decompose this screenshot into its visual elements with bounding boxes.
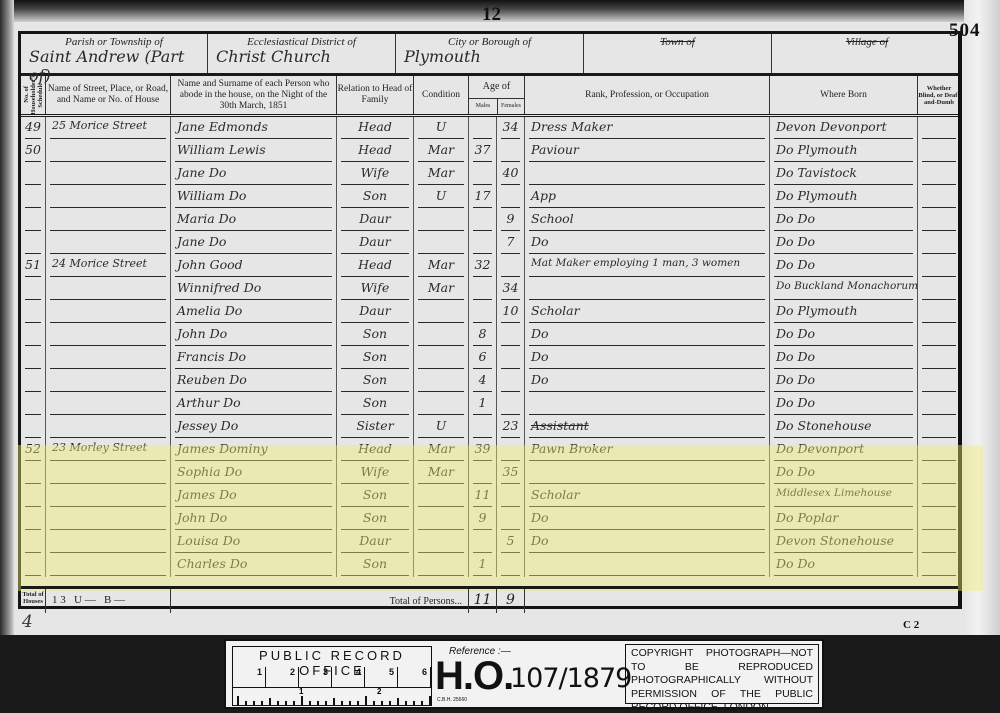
blind-deaf bbox=[918, 209, 960, 232]
age-male: 4 bbox=[469, 370, 497, 393]
age-female bbox=[497, 186, 525, 209]
ruler-tick bbox=[381, 701, 383, 706]
persons-label: Total of Persons... bbox=[171, 589, 469, 613]
relation-to-head: Head bbox=[337, 117, 414, 140]
birthplace: Do Do bbox=[770, 462, 918, 485]
ruler-tick bbox=[301, 696, 303, 706]
col-blind: Whether Blind, or Deaf-and-Dumb bbox=[918, 76, 960, 114]
birthplace: Do Plymouth bbox=[770, 301, 918, 324]
ruler-tick bbox=[413, 701, 415, 706]
col-blind-label: Whether Blind, or Deaf-and-Dumb bbox=[918, 85, 960, 106]
street-address: 23 Morley Street bbox=[46, 439, 171, 462]
ruler-tick bbox=[341, 701, 343, 706]
ruler-tick bbox=[237, 696, 239, 706]
street-address bbox=[46, 531, 171, 554]
blind-deaf bbox=[918, 416, 960, 439]
marital-condition: Mar bbox=[414, 462, 469, 485]
table-row: Sophia DoWifeMar35Do Do bbox=[21, 462, 958, 485]
table-row: William DoSonU17AppDo Plymouth bbox=[21, 186, 958, 209]
age-male: 1 bbox=[469, 554, 497, 577]
person-name: Amelia Do bbox=[171, 301, 337, 324]
street-address bbox=[46, 416, 171, 439]
table-row: John DoSon8DoDo Do bbox=[21, 324, 958, 347]
ruler-tick bbox=[373, 701, 375, 706]
street-address bbox=[46, 301, 171, 324]
borough-value: Plymouth bbox=[396, 47, 583, 66]
col-name: Name and Surname of each Person who abod… bbox=[171, 76, 337, 114]
col-age: Age of Males Females bbox=[469, 76, 525, 114]
occupation: Do bbox=[525, 324, 770, 347]
birthplace: Do Do bbox=[770, 232, 918, 255]
person-name: William Lewis bbox=[171, 140, 337, 163]
street-address bbox=[46, 324, 171, 347]
person-name: John Do bbox=[171, 508, 337, 531]
cm-mark: 2 bbox=[266, 667, 299, 687]
person-name: Jane Do bbox=[171, 163, 337, 186]
relation-to-head: Wife bbox=[337, 163, 414, 186]
table-row: 4925 Morice StreetJane EdmondsHeadU34Dre… bbox=[21, 117, 958, 140]
age-female: 23 bbox=[497, 416, 525, 439]
age-male bbox=[469, 232, 497, 255]
blind-deaf bbox=[918, 531, 960, 554]
ecclesiastical-value: Christ Church bbox=[208, 47, 395, 66]
age-male bbox=[469, 531, 497, 554]
occupation: Pawn Broker bbox=[525, 439, 770, 462]
relation-to-head: Son bbox=[337, 186, 414, 209]
table-row: Jessey DoSisterU23AssistantDo Stonehouse bbox=[21, 416, 958, 439]
table-row: Francis DoSon6DoDo Do bbox=[21, 347, 958, 370]
col-born-label: Where Born bbox=[820, 90, 867, 101]
reference-piece: 107/1879 bbox=[510, 663, 631, 694]
occupation: Dress Maker bbox=[525, 117, 770, 140]
age-male bbox=[469, 462, 497, 485]
copyright-notice: COPYRIGHT PHOTOGRAPH—NOT TO BE REPRODUCE… bbox=[625, 644, 819, 704]
col-street-label: Name of Street, Place, or Road, and Name… bbox=[46, 84, 170, 106]
table-row: John DoSon9DoDo Poplar bbox=[21, 508, 958, 531]
ruler-tick bbox=[349, 701, 351, 706]
age-female bbox=[497, 393, 525, 416]
age-male: 37 bbox=[469, 140, 497, 163]
table-row: Reuben DoSon4DoDo Do bbox=[21, 370, 958, 393]
ruler-tick bbox=[317, 701, 319, 706]
schedule-number bbox=[21, 370, 46, 393]
birthplace: Do Do bbox=[770, 324, 918, 347]
marital-condition bbox=[414, 485, 469, 508]
u-value: — bbox=[85, 594, 96, 606]
person-name: Francis Do bbox=[171, 347, 337, 370]
person-name: Jane Do bbox=[171, 232, 337, 255]
ruler-tick bbox=[405, 701, 407, 706]
birthplace: Devon Devonport bbox=[770, 117, 918, 140]
schedule-number bbox=[21, 324, 46, 347]
age-male: 39 bbox=[469, 439, 497, 462]
blind-deaf bbox=[918, 485, 960, 508]
birthplace: Do Do bbox=[770, 554, 918, 577]
schedule-number bbox=[21, 209, 46, 232]
birthplace: Do Plymouth bbox=[770, 140, 918, 163]
relation-to-head: Wife bbox=[337, 462, 414, 485]
blind-deaf bbox=[918, 117, 960, 140]
schedule-number bbox=[21, 462, 46, 485]
occupation: Scholar bbox=[525, 301, 770, 324]
town-cell: Town of bbox=[584, 34, 772, 73]
ruler-tick bbox=[245, 701, 247, 706]
relation-to-head: Son bbox=[337, 554, 414, 577]
cm-mark: 1 bbox=[233, 667, 266, 687]
birthplace: Do Do bbox=[770, 255, 918, 278]
schedule-number bbox=[21, 554, 46, 577]
borough-cell: City or Borough of Plymouth bbox=[396, 34, 584, 73]
houses-label: Total of Houses bbox=[21, 589, 46, 613]
inch-mark: 2 bbox=[377, 687, 381, 696]
age-male bbox=[469, 301, 497, 324]
birthplace: Do Do bbox=[770, 370, 918, 393]
schedule-number bbox=[21, 278, 46, 301]
blind-deaf bbox=[918, 324, 960, 347]
birthplace: Do Do bbox=[770, 209, 918, 232]
marital-condition bbox=[414, 554, 469, 577]
table-row: Jane DoDaur7DoDo Do bbox=[21, 232, 958, 255]
ecclesiastical-cell: Ecclesiastical District of Christ Church bbox=[208, 34, 396, 73]
ruler-tick bbox=[285, 701, 287, 706]
birthplace: Do Buckland Monachorum bbox=[770, 278, 918, 301]
street-address bbox=[46, 347, 171, 370]
blind-deaf bbox=[918, 462, 960, 485]
col-condition: Condition bbox=[414, 76, 469, 114]
col-relation-label: Relation to Head of Family bbox=[337, 84, 413, 106]
person-name: Louisa Do bbox=[171, 531, 337, 554]
street-address bbox=[46, 393, 171, 416]
bottom-left-note: 4 bbox=[22, 612, 33, 632]
col-occupation: Rank, Profession, or Occupation bbox=[525, 76, 770, 114]
occupation: Mat Maker employing 1 man, 3 women bbox=[525, 255, 770, 278]
person-name: William Do bbox=[171, 186, 337, 209]
table-row: 5223 Morley StreetJames DominyHeadMar39P… bbox=[21, 439, 958, 462]
cm-mark: 6 bbox=[398, 667, 431, 687]
age-male bbox=[469, 163, 497, 186]
relation-to-head: Son bbox=[337, 370, 414, 393]
col-age-label: Age of bbox=[469, 76, 524, 99]
relation-to-head: Daur bbox=[337, 209, 414, 232]
relation-to-head: Son bbox=[337, 393, 414, 416]
u-label: U bbox=[74, 594, 82, 606]
folio-number: 12 bbox=[482, 4, 501, 26]
relation-to-head: Son bbox=[337, 324, 414, 347]
blind-deaf bbox=[918, 301, 960, 324]
occupation bbox=[525, 393, 770, 416]
marital-condition: Mar bbox=[414, 439, 469, 462]
col-age-females: Females bbox=[497, 99, 525, 114]
relation-to-head: Head bbox=[337, 140, 414, 163]
schedule-number: 49 bbox=[21, 117, 46, 140]
table-row: Amelia DoDaur10ScholarDo Plymouth bbox=[21, 301, 958, 324]
age-male: 11 bbox=[469, 485, 497, 508]
ruler-tick bbox=[261, 701, 263, 706]
occupation bbox=[525, 462, 770, 485]
table-row: Winnifred DoWifeMar34Do Buckland Monacho… bbox=[21, 278, 958, 301]
col-schedule-label: No. of Householder's Schedule bbox=[23, 75, 44, 115]
schedule-number bbox=[21, 163, 46, 186]
age-female bbox=[497, 347, 525, 370]
occupation: Do bbox=[525, 531, 770, 554]
blind-deaf bbox=[918, 163, 960, 186]
relation-to-head: Son bbox=[337, 347, 414, 370]
occupation bbox=[525, 554, 770, 577]
age-female: 9 bbox=[497, 209, 525, 232]
person-name: Reuben Do bbox=[171, 370, 337, 393]
age-female bbox=[497, 485, 525, 508]
age-male: 32 bbox=[469, 255, 497, 278]
person-name: Jessey Do bbox=[171, 416, 337, 439]
birthplace: Do Tavistock bbox=[770, 163, 918, 186]
public-record-office-stamp: PUBLIC RECORD OFFICE 1 2 3 4 5 6 1 2 Ref… bbox=[224, 639, 824, 709]
col-schedule: No. of Householder's Schedule bbox=[21, 76, 46, 114]
occupation bbox=[525, 278, 770, 301]
village-cell: Village of bbox=[772, 34, 962, 73]
relation-to-head: Head bbox=[337, 255, 414, 278]
age-female: 10 bbox=[497, 301, 525, 324]
table-row: Louisa DoDaur5DoDevon Stonehouse bbox=[21, 531, 958, 554]
schedule-number bbox=[21, 232, 46, 255]
marital-condition bbox=[414, 347, 469, 370]
age-female bbox=[497, 324, 525, 347]
ruler-tick bbox=[397, 698, 399, 706]
cbh-code: C.B.H. 25660 bbox=[437, 697, 467, 703]
relation-to-head: Wife bbox=[337, 278, 414, 301]
ruler-tick bbox=[253, 701, 255, 706]
street-address bbox=[46, 140, 171, 163]
relation-to-head: Daur bbox=[337, 531, 414, 554]
marital-condition bbox=[414, 209, 469, 232]
schedule-number: 51 bbox=[21, 255, 46, 278]
inch-mark: 1 bbox=[299, 687, 303, 696]
street-address bbox=[46, 370, 171, 393]
age-male: 6 bbox=[469, 347, 497, 370]
street-address bbox=[46, 209, 171, 232]
age-male: 9 bbox=[469, 508, 497, 531]
cm-mark: 5 bbox=[365, 667, 398, 687]
ruler-tick bbox=[277, 701, 279, 706]
street-address: 25 Morice Street bbox=[46, 117, 171, 140]
blind-deaf bbox=[918, 370, 960, 393]
col-age-males: Males bbox=[469, 99, 498, 114]
age-male: 1 bbox=[469, 393, 497, 416]
col-occupation-label: Rank, Profession, or Occupation bbox=[585, 90, 709, 101]
houses-value: 1 3 bbox=[52, 594, 66, 606]
street-address bbox=[46, 163, 171, 186]
schedule-number: 52 bbox=[21, 439, 46, 462]
blind-deaf bbox=[918, 186, 960, 209]
person-name: Arthur Do bbox=[171, 393, 337, 416]
street-address bbox=[46, 554, 171, 577]
age-female: 35 bbox=[497, 462, 525, 485]
marital-condition: U bbox=[414, 117, 469, 140]
relation-to-head: Son bbox=[337, 508, 414, 531]
age-female bbox=[497, 439, 525, 462]
street-address bbox=[46, 186, 171, 209]
schedule-number bbox=[21, 347, 46, 370]
marital-condition: U bbox=[414, 416, 469, 439]
table-row: 50William LewisHeadMar37PaviourDo Plymou… bbox=[21, 140, 958, 163]
birthplace: Do Devonport bbox=[770, 439, 918, 462]
occupation bbox=[525, 163, 770, 186]
houses-totals: 1 3 U — B — bbox=[46, 589, 171, 613]
street-address bbox=[46, 462, 171, 485]
marital-condition: Mar bbox=[414, 278, 469, 301]
inch-scale: 1 2 bbox=[233, 687, 431, 706]
blind-deaf bbox=[918, 393, 960, 416]
blind-deaf bbox=[918, 255, 960, 278]
village-label: Village of bbox=[772, 36, 962, 48]
schedule-number: 50 bbox=[21, 140, 46, 163]
b-label: B bbox=[104, 594, 111, 606]
table-row: Maria DoDaur9SchoolDo Do bbox=[21, 209, 958, 232]
col-relation: Relation to Head of Family bbox=[337, 76, 414, 114]
schedule-number bbox=[21, 186, 46, 209]
age-female bbox=[497, 508, 525, 531]
col-born: Where Born bbox=[770, 76, 918, 114]
occupation: Do bbox=[525, 232, 770, 255]
occupation: Paviour bbox=[525, 140, 770, 163]
occupation: School bbox=[525, 209, 770, 232]
corner-mark: C 2 bbox=[903, 619, 919, 631]
occupation: Do bbox=[525, 347, 770, 370]
census-page: 12 504 Parish or Township of Saint Andre… bbox=[0, 0, 1000, 635]
person-name: Sophia Do bbox=[171, 462, 337, 485]
schedule-number bbox=[21, 508, 46, 531]
age-female bbox=[497, 554, 525, 577]
age-female: 5 bbox=[497, 531, 525, 554]
age-female: 7 bbox=[497, 232, 525, 255]
cm-mark: 3 bbox=[299, 667, 332, 687]
ruler-tick bbox=[421, 701, 423, 706]
col-condition-label: Condition bbox=[422, 90, 460, 101]
occupation: Do bbox=[525, 508, 770, 531]
age-female bbox=[497, 255, 525, 278]
ruler-tick bbox=[389, 701, 391, 706]
marital-condition bbox=[414, 301, 469, 324]
district-header: Parish or Township of Saint Andrew (Part… bbox=[21, 34, 958, 76]
table-row: Arthur DoSon1Do Do bbox=[21, 393, 958, 416]
marital-condition bbox=[414, 393, 469, 416]
occupation: App bbox=[525, 186, 770, 209]
occupation: Scholar bbox=[525, 485, 770, 508]
parish-cell: Parish or Township of Saint Andrew (Part… bbox=[21, 34, 208, 73]
person-name: Maria Do bbox=[171, 209, 337, 232]
occupation: Assistant bbox=[525, 416, 770, 439]
blind-deaf bbox=[918, 140, 960, 163]
ruler-tick bbox=[325, 701, 327, 706]
age-female bbox=[497, 140, 525, 163]
marital-condition bbox=[414, 232, 469, 255]
occupation: Do bbox=[525, 370, 770, 393]
schedule-number bbox=[21, 416, 46, 439]
person-name: Winnifred Do bbox=[171, 278, 337, 301]
person-name: Charles Do bbox=[171, 554, 337, 577]
age-male bbox=[469, 209, 497, 232]
blind-deaf bbox=[918, 508, 960, 531]
age-female: 34 bbox=[497, 278, 525, 301]
table-row: Charles DoSon1Do Do bbox=[21, 554, 958, 577]
birthplace: Do Do bbox=[770, 393, 918, 416]
birthplace: Do Do bbox=[770, 347, 918, 370]
ruler-tick bbox=[357, 701, 359, 706]
relation-to-head: Son bbox=[337, 485, 414, 508]
column-headers: No. of Householder's Schedule Name of St… bbox=[21, 76, 958, 117]
person-name: John Do bbox=[171, 324, 337, 347]
person-name: James Do bbox=[171, 485, 337, 508]
schedule-number bbox=[21, 531, 46, 554]
ruler-tick bbox=[429, 696, 431, 706]
blind-deaf bbox=[918, 347, 960, 370]
table-row: Jane DoWifeMar40Do Tavistock bbox=[21, 163, 958, 186]
street-address bbox=[46, 232, 171, 255]
col-name-label: Name and Surname of each Person who abod… bbox=[171, 79, 336, 112]
age-male: 17 bbox=[469, 186, 497, 209]
schedule-number bbox=[21, 485, 46, 508]
birthplace: Do Stonehouse bbox=[770, 416, 918, 439]
schedule-number bbox=[21, 301, 46, 324]
scan-right-edge bbox=[964, 0, 1000, 635]
schedule-number bbox=[21, 393, 46, 416]
person-name: James Dominy bbox=[171, 439, 337, 462]
relation-to-head: Sister bbox=[337, 416, 414, 439]
marital-condition bbox=[414, 508, 469, 531]
age-female: 34 bbox=[497, 117, 525, 140]
birthplace: Do Poplar bbox=[770, 508, 918, 531]
census-form: Parish or Township of Saint Andrew (Part… bbox=[18, 31, 962, 609]
person-name: Jane Edmonds bbox=[171, 117, 337, 140]
totals-row: Total of Houses 1 3 U — B — Total of Per… bbox=[21, 586, 958, 613]
blind-deaf bbox=[918, 439, 960, 462]
ruler-tick bbox=[269, 698, 271, 706]
males-total: 11 bbox=[469, 589, 497, 613]
street-address bbox=[46, 485, 171, 508]
age-female bbox=[497, 370, 525, 393]
table-row: James DoSon11ScholarMiddlesex Limehouse bbox=[21, 485, 958, 508]
ruler-tick bbox=[333, 698, 335, 706]
table-row: 5124 Morice StreetJohn GoodHeadMar32Mat … bbox=[21, 255, 958, 278]
town-label: Town of bbox=[584, 36, 771, 48]
age-male bbox=[469, 278, 497, 301]
street-address bbox=[46, 508, 171, 531]
relation-to-head: Daur bbox=[337, 232, 414, 255]
col-street: Name of Street, Place, or Road, and Name… bbox=[46, 76, 171, 114]
age-male bbox=[469, 117, 497, 140]
marital-condition bbox=[414, 531, 469, 554]
marital-condition bbox=[414, 370, 469, 393]
reference-block: Reference :— H.O. 107/1879 C.B.H. 25660 bbox=[433, 644, 625, 706]
marital-condition: Mar bbox=[414, 163, 469, 186]
ruler-tick bbox=[309, 701, 311, 706]
scan-left-edge bbox=[0, 0, 14, 635]
birthplace: Middlesex Limehouse bbox=[770, 485, 918, 508]
blind-deaf bbox=[918, 278, 960, 301]
person-name: John Good bbox=[171, 255, 337, 278]
blind-deaf bbox=[918, 232, 960, 255]
reference-series: H.O. bbox=[435, 654, 513, 699]
street-address: 24 Morice Street bbox=[46, 255, 171, 278]
age-female: 40 bbox=[497, 163, 525, 186]
relation-to-head: Daur bbox=[337, 301, 414, 324]
cm-mark: 4 bbox=[332, 667, 365, 687]
females-total: 9 bbox=[497, 589, 525, 613]
relation-to-head: Head bbox=[337, 439, 414, 462]
marital-condition: U bbox=[414, 186, 469, 209]
age-male bbox=[469, 416, 497, 439]
age-male: 8 bbox=[469, 324, 497, 347]
marital-condition bbox=[414, 324, 469, 347]
